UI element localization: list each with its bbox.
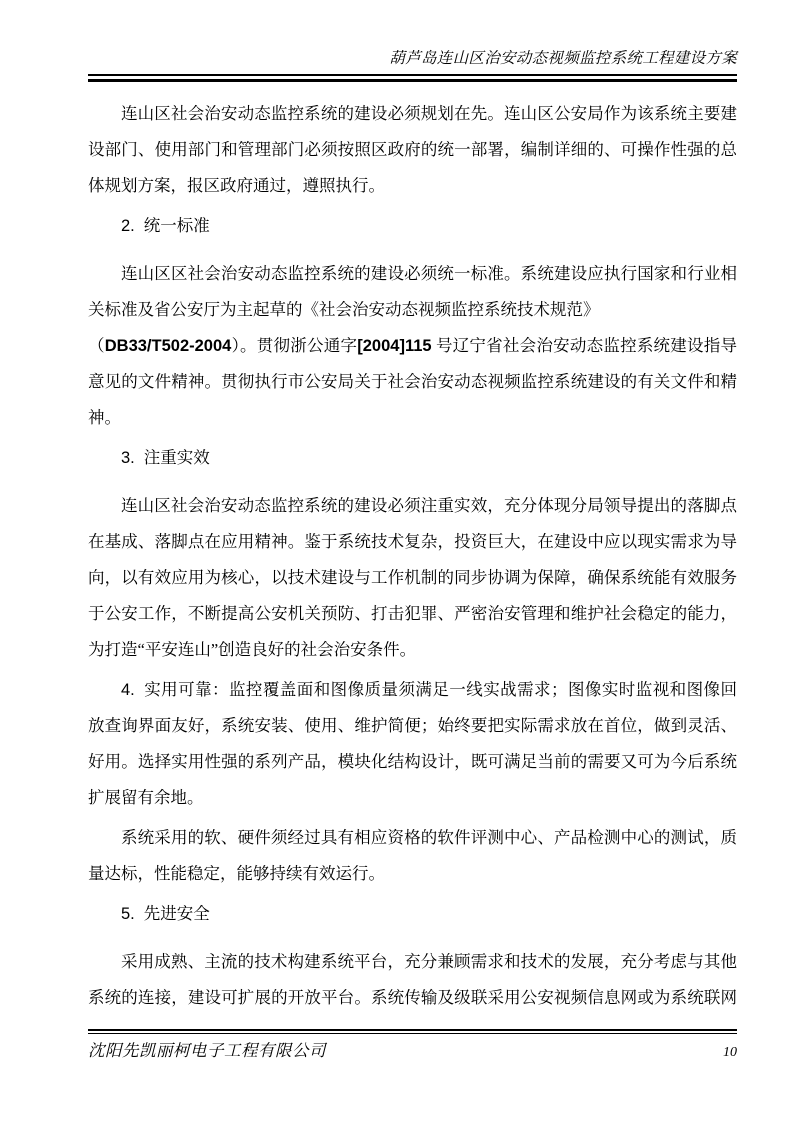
body-line: 神。 [88, 400, 737, 436]
document-number: [2004]115 [357, 337, 431, 355]
header-title: 葫芦岛连山区治安动态视频监控系统工程建设方案 [88, 48, 737, 70]
body-line: 体规划方案，报区政府通过，遵照执行。 [88, 168, 737, 204]
body-line: 在基成、落脚点在应用精神。鉴于系统技术复杂，投资巨大，在建设中应以现实需求为导 [88, 524, 737, 560]
paragraph-3: 连山区社会治安动态监控系统的建设必须注重实效，充分体现分局领导提出的落脚点 在基… [88, 488, 737, 668]
body-line: 设部门、使用部门和管理部门必须按照区政府的统一部署，编制详细的、可操作性强的总 [88, 132, 737, 168]
company-name: 沈阳先凯丽柯电子工程有限公司 [88, 1037, 326, 1061]
body-text: （ [88, 336, 105, 355]
heading-label: 注重实效 [144, 448, 210, 467]
heading-number: 5. [121, 905, 135, 923]
body-line: 连山区区社会治安动态监控系统的建设必须统一标准。系统建设应执行国家和行业相 [88, 256, 737, 292]
body-line: 系统的连接，建设可扩展的开放平台。系统传输及级联采用公安视频信息网或为系统联网 [88, 980, 737, 1016]
document-body: 连山区社会治安动态监控系统的建设必须规划在先。连山区公安局作为该系统主要建 设部… [88, 96, 737, 1020]
body-line: 系统采用的软、硬件须经过具有相应资格的软件评测中心、产品检测中心的测试，质 [88, 820, 737, 856]
heading-number: 3. [121, 449, 135, 467]
paragraph-1: 连山区社会治安动态监控系统的建设必须规划在先。连山区公安局作为该系统主要建 设部… [88, 96, 737, 204]
body-line: 连山区社会治安动态监控系统的建设必须注重实效，充分体现分局领导提出的落脚点 [88, 488, 737, 524]
body-line: 放查询界面友好，系统安装、使用、维护简便；始终要把实际需求放在首位，做到灵活、 [88, 708, 737, 744]
body-line: 4.实用可靠：监控覆盖面和图像质量须满足一线实战需求；图像实时监视和图像回 [88, 672, 737, 708]
section-heading-3: 3.注重实效 [88, 440, 737, 476]
header-rule [88, 74, 737, 82]
section-heading-2: 2.统一标准 [88, 208, 737, 244]
body-line: 扩展留有余地。 [88, 780, 737, 816]
body-line: 为打造“平安连山”创造良好的社会治安条件。 [88, 632, 737, 668]
page-header: 葫芦岛连山区治安动态视频监控系统工程建设方案 [88, 48, 737, 82]
footer-row: 沈阳先凯丽柯电子工程有限公司 10 [88, 1037, 737, 1061]
body-line: 量达标，性能稳定，能够持续有效运行。 [88, 856, 737, 892]
footer-rule [88, 1029, 737, 1034]
body-line: 意见的文件精神。贯彻执行市公安局关于社会治安动态视频监控系统建设的有关文件和精 [88, 364, 737, 400]
page-footer: 沈阳先凯丽柯电子工程有限公司 10 [88, 1029, 737, 1061]
page-number: 10 [723, 1045, 737, 1061]
body-text: 实用可靠：监控覆盖面和图像质量须满足一线实战需求；图像实时监视和图像回 [144, 680, 737, 699]
paragraph-6: 采用成熟、主流的技术构建系统平台，充分兼顾需求和技术的发展，充分考虑与其他 系统… [88, 944, 737, 1016]
heading-label: 统一标准 [144, 216, 210, 235]
heading-line: 5.先进安全 [88, 896, 737, 932]
paragraph-5: 系统采用的软、硬件须经过具有相应资格的软件评测中心、产品检测中心的测试，质 量达… [88, 820, 737, 892]
body-line: 采用成熟、主流的技术构建系统平台，充分兼顾需求和技术的发展，充分考虑与其他 [88, 944, 737, 980]
body-line: 好用。选择实用性强的系列产品，模块化结构设计，既可满足当前的需要又可为今后系统 [88, 744, 737, 780]
heading-line: 3.注重实效 [88, 440, 737, 476]
heading-line: 2.统一标准 [88, 208, 737, 244]
section-heading-5: 5.先进安全 [88, 896, 737, 932]
body-line: 向，以有效应用为核心，以技术建设与工作机制的同步协调为保障，确保系统能有效服务 [88, 560, 737, 596]
body-line: 关标准及省公安厅为主起草的《社会治安动态视频监控系统技术规范》 [88, 292, 737, 328]
paragraph-4: 4.实用可靠：监控覆盖面和图像质量须满足一线实战需求；图像实时监视和图像回 放查… [88, 672, 737, 816]
body-line: 连山区社会治安动态监控系统的建设必须规划在先。连山区公安局作为该系统主要建 [88, 96, 737, 132]
heading-number: 2. [121, 217, 135, 235]
body-line: （DB33/T502-2004）。贯彻浙公通字[2004]115 号辽宁省社会治… [88, 328, 737, 364]
document-page: 葫芦岛连山区治安动态视频监控系统工程建设方案 连山区社会治安动态监控系统的建设必… [0, 0, 793, 1122]
body-text: ）。贯彻浙公通字 [231, 336, 357, 355]
list-number: 4. [121, 681, 135, 699]
paragraph-2: 连山区区社会治安动态监控系统的建设必须统一标准。系统建设应执行国家和行业相 关标… [88, 256, 737, 436]
heading-label: 先进安全 [144, 904, 210, 923]
body-line: 于公安工作，不断提高公安机关预防、打击犯罪、严密治安管理和维护社会稳定的能力， [88, 596, 737, 632]
standard-code: DB33/T502-2004 [105, 337, 232, 355]
body-text: 号辽宁省社会治安动态监控系统建设指导 [432, 336, 737, 355]
